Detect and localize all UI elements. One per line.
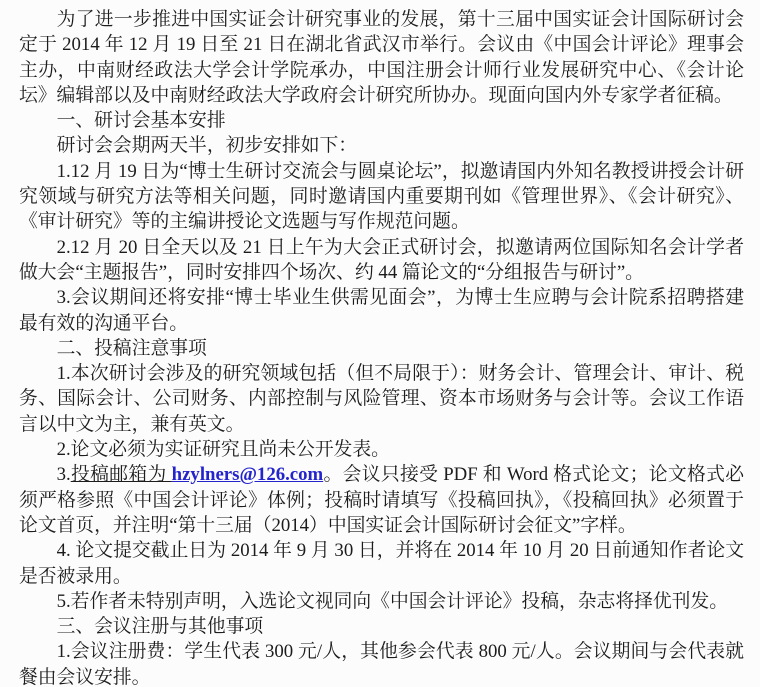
submission-item-4: 4. 论文提交截止日为 2014 年 9 月 30 日，并将在 2014 年 1… (19, 538, 744, 589)
section-2-heading: 二、投稿注意事项 (19, 336, 744, 361)
submission-item-2: 2.论文必须为实证研究且尚未公开发表。 (19, 437, 744, 462)
submission-item-3: 3.投稿邮箱为 hzylners@126.com。会议只接受 PDF 和 Wor… (19, 462, 744, 538)
intro-paragraph: 为了进一步推进中国实证会计研究事业的发展，第十三届中国实证会计国际研讨会定于 2… (19, 7, 744, 108)
schedule-item-3: 3.会议期间还将安排“博士毕业生供需见面会”，为博士生应聘与会计院系招聘搭建最有… (19, 285, 744, 336)
submission-item-3-number: 3. (57, 464, 71, 485)
schedule-item-1: 1.12 月 19 日为“博士生研讨交流会与圆桌论坛”，拟邀请国内外知名教授讲授… (19, 159, 744, 235)
email-link[interactable]: hzylners@126.com (172, 464, 324, 485)
section-3-heading: 三、会议注册与其他事项 (19, 614, 744, 639)
registration-item-1: 1.会议注册费：学生代表 300 元/人，其他参会代表 800 元/人。会议期间… (19, 639, 744, 687)
submission-item-5: 5.若作者未特别声明，入选论文视同向《中国会计评论》投稿，杂志将择优刊发。 (19, 589, 744, 614)
schedule-intro: 研讨会会期两天半，初步安排如下： (19, 133, 744, 158)
schedule-item-2: 2.12 月 20 日全天以及 21 日上午为大会正式研讨会，拟邀请两位国际知名… (19, 235, 744, 286)
submission-item-1: 1.本次研讨会涉及的研究领域包括（但不局限于）：财务会计、管理会计、审计、税务、… (19, 361, 744, 437)
document-body: 为了进一步推进中国实证会计研究事业的发展，第十三届中国实证会计国际研讨会定于 2… (0, 0, 760, 687)
email-label-underlined: 投稿邮箱为 (71, 464, 172, 485)
section-1-heading: 一、研讨会基本安排 (19, 108, 744, 133)
